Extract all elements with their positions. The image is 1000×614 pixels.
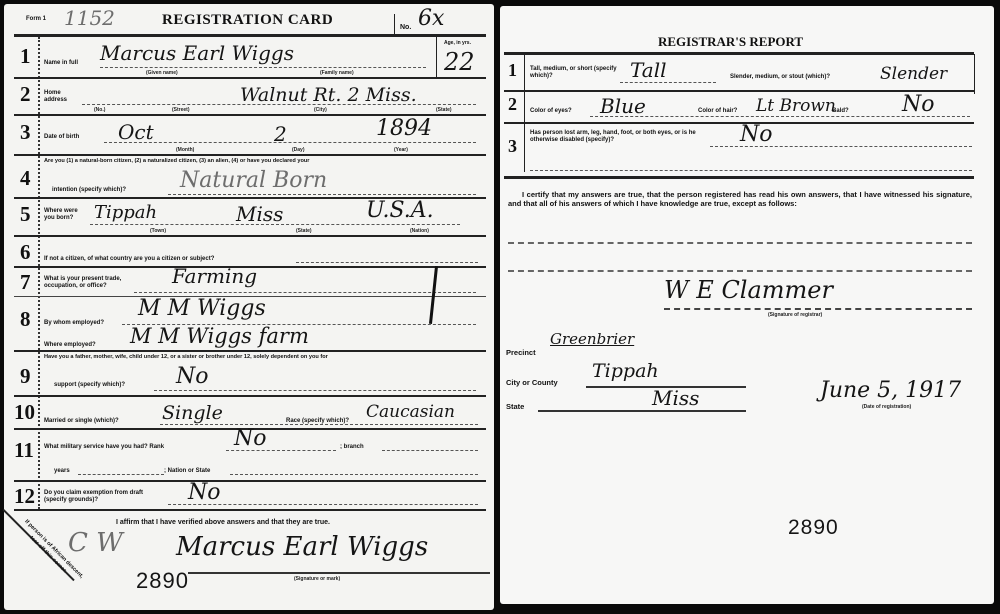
city-sublabel: (City)	[314, 107, 327, 113]
report-title: REGISTRAR'S REPORT	[658, 34, 803, 50]
registrar-signature: W E Clammer	[664, 276, 833, 304]
signature-sublabel: (Signature or mark)	[294, 576, 340, 582]
birthplace-label: Where were you born?	[44, 208, 80, 222]
state-value: Miss	[652, 386, 699, 410]
registrar-signature-sublabel: (Signature of registrar)	[768, 312, 822, 318]
year-sublabel: (Year)	[394, 147, 408, 153]
citizenship-question: Are you (1) a natural-born citizen, (2) …	[44, 158, 309, 165]
row-rule	[14, 77, 486, 79]
height-label: Tall, medium, or short (specify which)?	[530, 66, 620, 80]
disability-line-2	[530, 170, 972, 171]
row-rule	[14, 235, 486, 237]
exemption-label: Do you claim exemption from draft (speci…	[44, 490, 164, 504]
dob-year: 1894	[376, 116, 432, 141]
name-value: Marcus Earl Wiggs	[100, 41, 294, 65]
check-mark-stroke	[429, 266, 438, 324]
exceptions-line-1	[508, 242, 972, 244]
dob-label: Date of birth	[44, 134, 79, 141]
birthplace-line	[90, 224, 460, 225]
employment-place-label: Where employed?	[44, 342, 96, 349]
city-county-label: City or County	[506, 378, 558, 387]
dob-line	[104, 142, 476, 143]
birth-state: Miss	[236, 202, 283, 226]
row-number: 3	[508, 136, 517, 157]
signature-prefix: C W	[68, 528, 123, 558]
foreign-citizen-line	[296, 262, 478, 263]
birth-nation: U.S.A.	[366, 198, 434, 223]
dependents-support-label: support (specify which)?	[54, 382, 125, 389]
no-sublabel: (No.)	[94, 107, 105, 113]
state-label: State	[506, 402, 524, 411]
exemption-line	[168, 504, 478, 505]
disability-line	[710, 146, 972, 147]
registrant-signature: Marcus Earl Wiggs	[176, 532, 428, 562]
certification-text: I certify that my answers are true, that…	[508, 190, 972, 208]
eye-hair-line	[590, 116, 970, 117]
citizenship-intention-label: intention (specify which)?	[52, 187, 126, 194]
street-sublabel: (Street)	[172, 107, 190, 113]
bald-label: Bald?	[832, 108, 849, 115]
right-edge-divider	[974, 54, 975, 94]
card-title: REGISTRATION CARD	[162, 12, 333, 29]
citizenship-line	[168, 194, 476, 195]
address-value: Walnut Rt. 2 Miss.	[240, 84, 417, 106]
row-rule	[14, 154, 486, 156]
header-rule	[14, 34, 486, 37]
row-number: 7	[20, 270, 31, 295]
row-rule	[14, 350, 486, 352]
occupation-line	[134, 292, 476, 293]
address-label: Home address	[44, 90, 74, 104]
number-value: 6x	[418, 6, 444, 31]
row-number: 6	[20, 240, 31, 265]
stamp-number: 2890	[136, 568, 189, 594]
disability-label: Has person lost arm, leg, hand, foot, or…	[530, 130, 710, 144]
registrar-signature-line	[664, 308, 972, 310]
registration-date-sublabel: (Date of registration)	[862, 404, 911, 410]
registration-date-value: June 5, 1917	[820, 378, 961, 403]
state-sublabel: (State)	[296, 228, 312, 234]
occupation-value: Farming	[172, 264, 257, 288]
precinct-label: Precinct	[506, 348, 536, 357]
height-line	[620, 82, 716, 83]
row-rule	[504, 176, 974, 179]
row-number: 3	[20, 120, 31, 145]
age-divider	[436, 37, 437, 77]
employer-value: M M Wiggs	[138, 296, 266, 321]
marital-label: Married or single (which)?	[44, 418, 119, 425]
occupation-label: What is your present trade, occupation, …	[44, 276, 134, 290]
name-line	[100, 67, 426, 68]
row-rule	[14, 395, 486, 397]
name-label: Name in full	[44, 60, 78, 67]
state-sublabel: (State)	[436, 107, 452, 113]
precinct-value: Greenbrier	[550, 330, 634, 348]
nation-state-label: ; Nation or State	[164, 468, 210, 475]
affirmation-text: I affirm that I have verified above answ…	[116, 519, 330, 526]
row-number: 2	[20, 82, 31, 107]
number-divider	[394, 14, 395, 34]
exemption-value: No	[188, 480, 221, 505]
row-number: 12	[14, 484, 35, 509]
bald-value: No	[902, 92, 935, 117]
dependents-question: Have you a father, mother, wife, child u…	[44, 354, 328, 361]
serial-handwritten: 1152	[64, 6, 115, 30]
age-value: 22	[444, 48, 475, 76]
branch-label: ; branch	[340, 444, 364, 451]
number-column-divider	[524, 54, 525, 172]
row-number: 4	[20, 166, 31, 191]
month-sublabel: (Month)	[176, 147, 194, 153]
marital-line	[160, 424, 478, 425]
disability-value: No	[740, 122, 773, 147]
registration-card: Form 1 1152 REGISTRATION CARD No. 6x 1 N…	[4, 4, 494, 610]
day-sublabel: (Day)	[292, 147, 305, 153]
dependents-line	[154, 390, 476, 391]
hair-color-label: Color of hair?	[698, 108, 737, 115]
employment-place-value: M M Wiggs farm	[130, 324, 309, 348]
eye-color-label: Color of eyes?	[530, 108, 572, 115]
given-name-sublabel: (Given name)	[146, 70, 178, 76]
height-value: Tall	[630, 58, 667, 82]
years-label: years	[54, 468, 70, 475]
number-label: No.	[400, 24, 411, 31]
address-line	[82, 104, 476, 105]
dob-month: Oct	[118, 120, 154, 144]
stamp-number: 2890	[788, 516, 839, 540]
row-number: 1	[508, 60, 517, 81]
age-label: Age, in yrs.	[444, 40, 471, 47]
citizenship-value: Natural Born	[180, 168, 327, 193]
row-number: 9	[20, 364, 31, 389]
town-sublabel: (Town)	[150, 228, 166, 234]
state-line	[538, 410, 746, 412]
row-number: 11	[14, 438, 34, 463]
row-number: 1	[20, 44, 31, 69]
build-label: Slender, medium, or stout (which)?	[730, 74, 830, 81]
employer-label: By whom employed?	[44, 320, 104, 327]
rank-line	[226, 450, 336, 451]
exceptions-line-2	[508, 270, 972, 272]
row-number: 5	[20, 202, 31, 227]
military-label: What military service have you had? Rank	[44, 444, 164, 451]
nation-sublabel: (Nation)	[410, 228, 429, 234]
row-number: 10	[14, 400, 35, 425]
city-county-value: Tippah	[592, 360, 659, 382]
years-line	[78, 474, 164, 475]
row-number: 8	[20, 307, 31, 332]
registrars-report: REGISTRAR'S REPORT 1 Tall, medium, or sh…	[500, 6, 994, 604]
hair-color-value: Lt Brown	[756, 96, 836, 116]
nation-state-line	[230, 474, 478, 475]
race-value: Caucasian	[366, 402, 455, 422]
row-rule	[14, 509, 486, 511]
header-rule	[504, 52, 974, 55]
birth-town: Tippah	[94, 202, 157, 223]
family-name-sublabel: (Family name)	[320, 70, 354, 76]
eye-color-value: Blue	[600, 94, 646, 118]
build-value: Slender	[880, 64, 947, 84]
branch-line	[382, 450, 478, 451]
row-rule	[14, 480, 486, 482]
marital-value: Single	[162, 402, 223, 424]
foreign-citizen-label: If not a citizen, of what country are yo…	[44, 256, 214, 263]
dependents-value: No	[176, 364, 209, 389]
signature-line	[188, 572, 490, 574]
military-rank-value: No	[234, 426, 267, 451]
row-number: 2	[508, 94, 517, 115]
row-rule	[504, 122, 974, 124]
form-label: Form 1	[26, 16, 46, 23]
number-column-divider	[38, 37, 40, 509]
